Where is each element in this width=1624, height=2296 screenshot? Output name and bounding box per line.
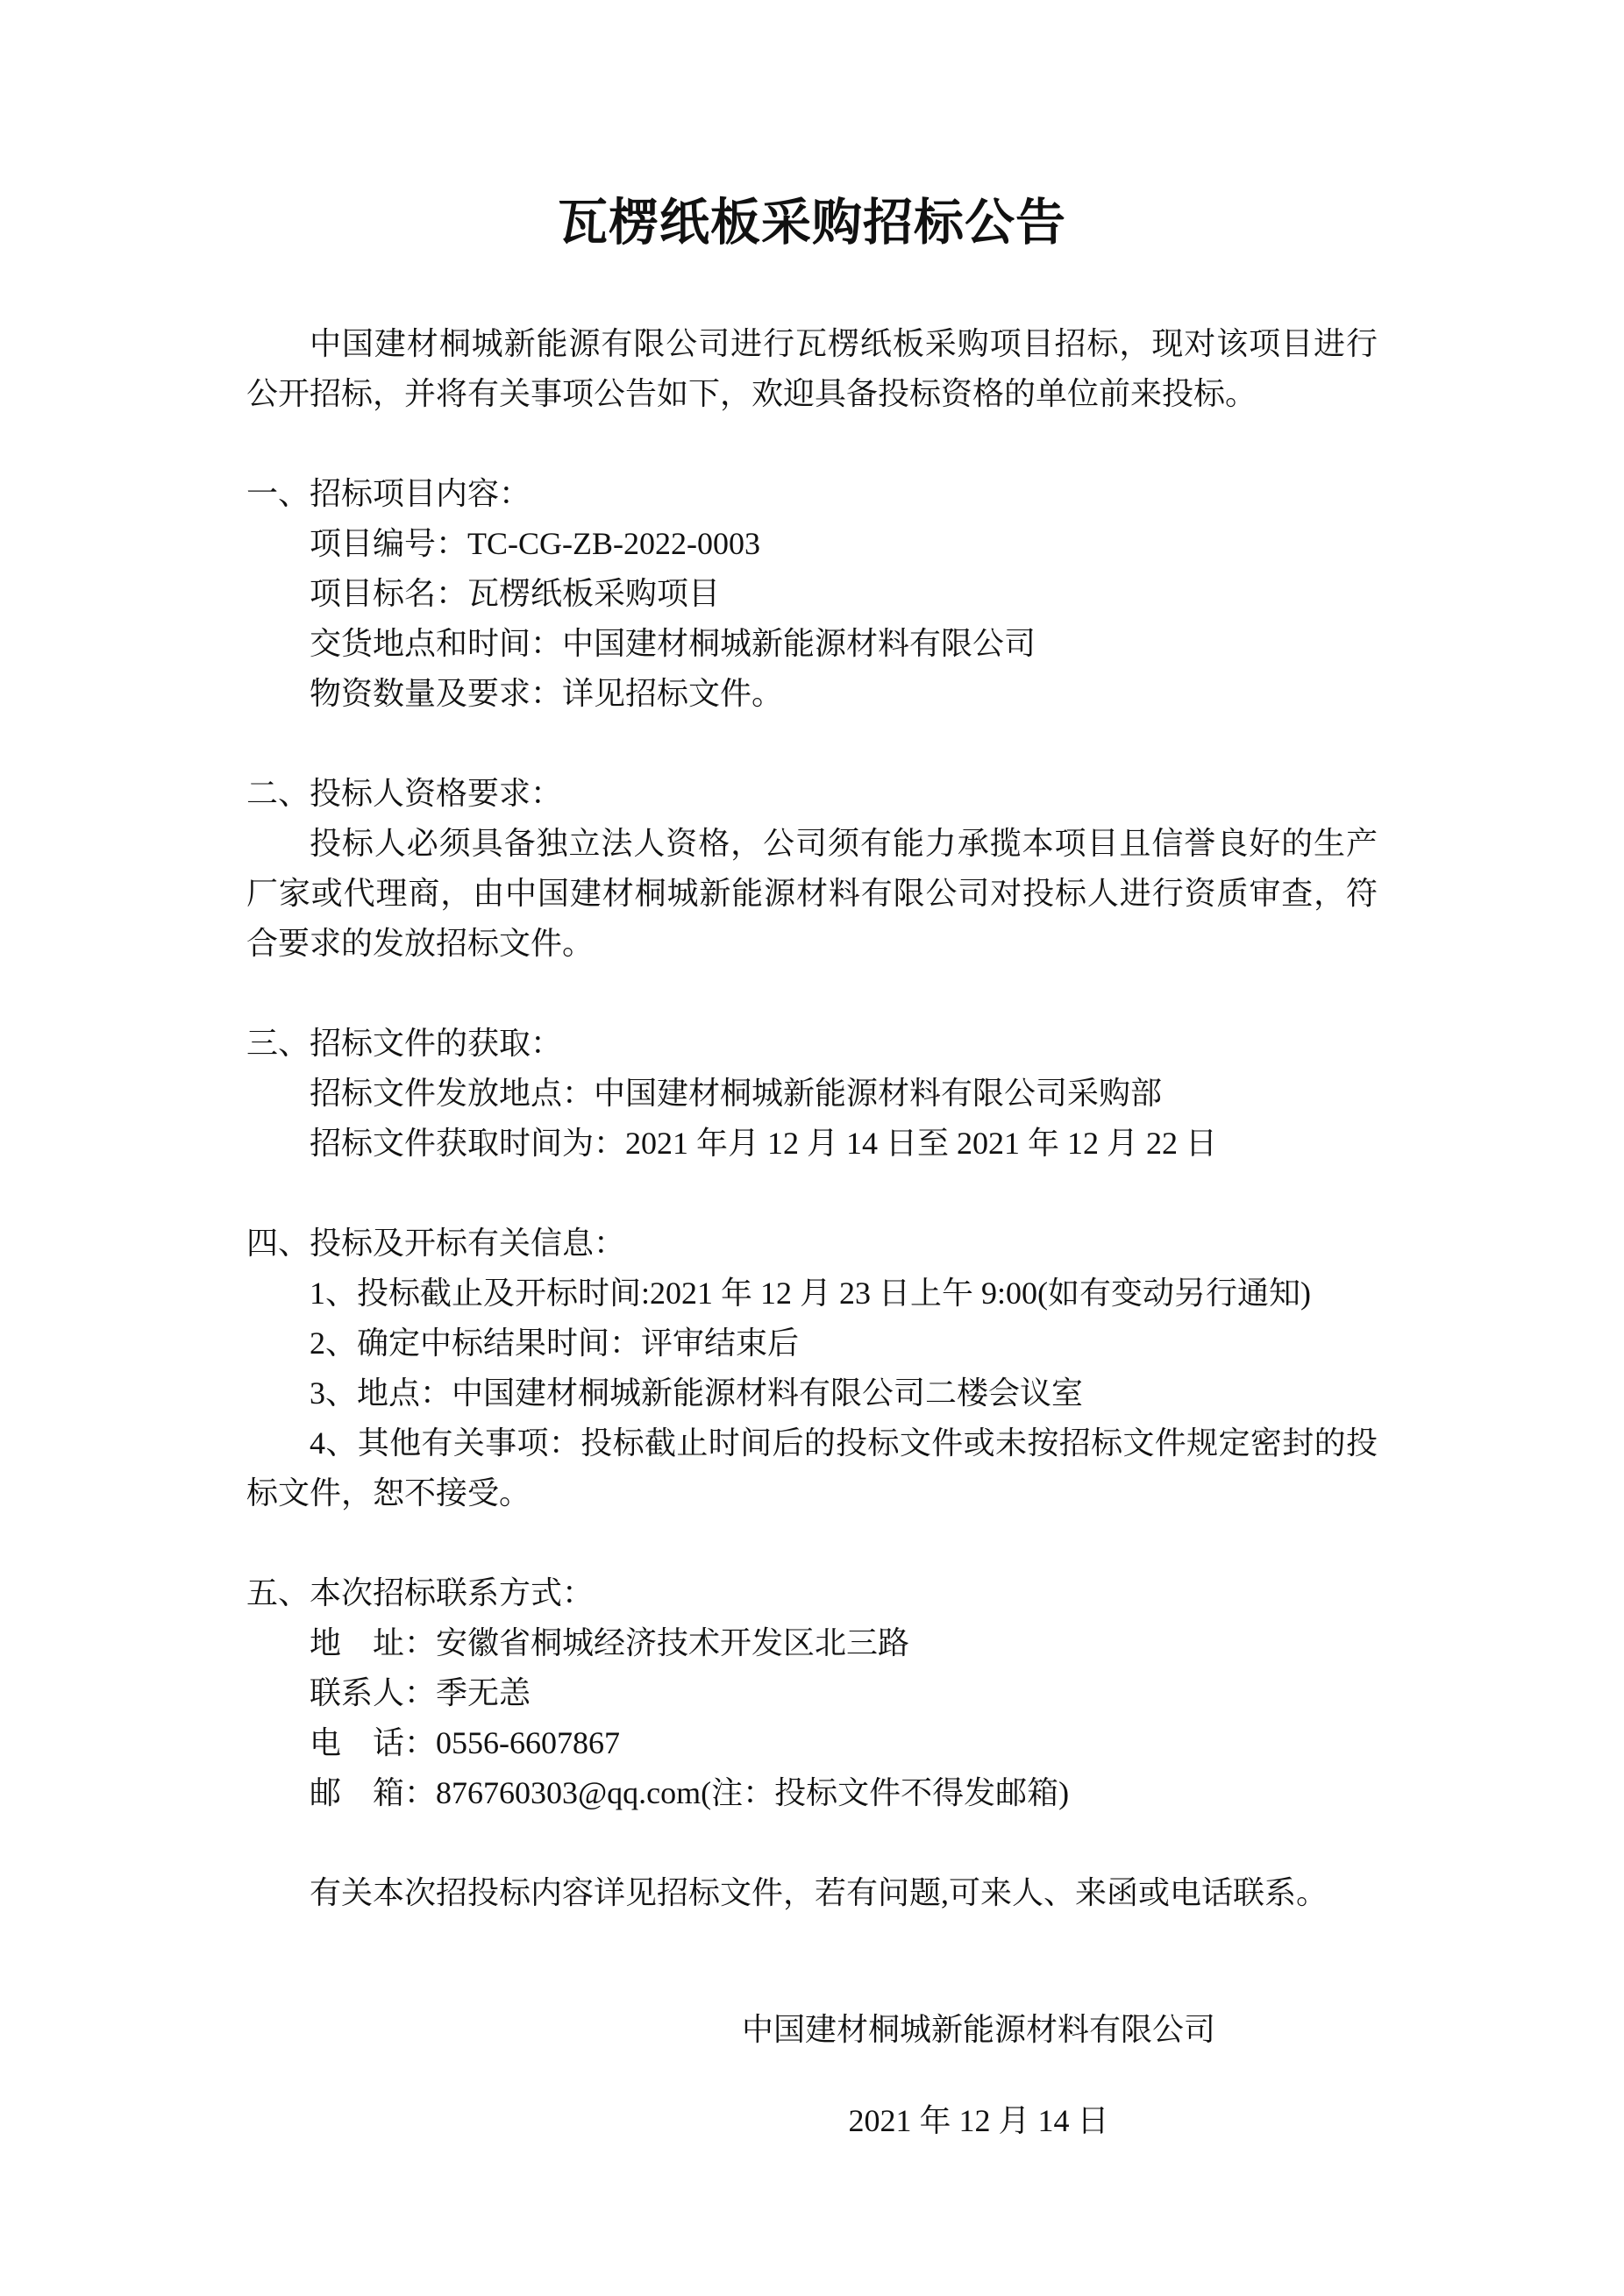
project-number-line: 项目编号：TC-CG-ZB-2022-0003 (246, 519, 1378, 569)
section-heading: 二、投标人资格要求： (246, 769, 1378, 819)
other-matters-paragraph: 4、其他有关事项：投标截止时间后的投标文件或未按招标文件规定密封的投标文件，恕不… (246, 1418, 1378, 1518)
signature-block: 中国建材桐城新能源材料有限公司 2021 年 12 月 14 日 (672, 1984, 1286, 2166)
contact-person-line: 联系人：季无恙 (246, 1668, 1378, 1718)
section-bid-opening-info: 四、投标及开标有关信息： 1、投标截止及开标时间:2021 年 12 月 23 … (246, 1219, 1378, 1518)
quantity-requirement-line: 物资数量及要求：详见招标文件。 (246, 669, 1378, 719)
document-page: 瓦楞纸板采购招标公告 中国建材桐城新能源有限公司进行瓦楞纸板采购项目招标，现对该… (0, 0, 1624, 2296)
opening-place-line: 3、地点：中国建材桐城新能源材料有限公司二楼会议室 (246, 1368, 1378, 1418)
phone-line: 电 话：0556-6607867 (246, 1718, 1378, 1768)
section-heading: 三、招标文件的获取： (246, 1019, 1378, 1069)
document-title: 瓦楞纸板采购招标公告 (246, 195, 1378, 252)
project-name-line: 项目标名：瓦楞纸板采购项目 (246, 569, 1378, 619)
bid-deadline-line: 1、投标截止及开标时间:2021 年 12 月 23 日上午 9:00(如有变动… (246, 1269, 1378, 1319)
signature-date: 2021 年 12 月 14 日 (672, 2075, 1286, 2166)
qualification-paragraph: 投标人必须具备独立法人资格，公司须有能力承揽本项目且信誉良好的生产厂家或代理商，… (246, 819, 1378, 969)
result-time-line: 2、确定中标结果时间：评审结束后 (246, 1319, 1378, 1368)
closing-paragraph: 有关本次招投标内容详见招标文件，若有问题,可来人、来函或电话联系。 (246, 1868, 1378, 1918)
document-issue-place-line: 招标文件发放地点：中国建材桐城新能源材料有限公司采购部 (246, 1069, 1378, 1119)
section-heading: 一、招标项目内容： (246, 469, 1378, 519)
section-contact-info: 五、本次招标联系方式： 地 址：安徽省桐城经济技术开发区北三路 联系人：季无恙 … (246, 1568, 1378, 1818)
delivery-place-line: 交货地点和时间：中国建材桐城新能源材料有限公司 (246, 619, 1378, 669)
section-document-acquisition: 三、招标文件的获取： 招标文件发放地点：中国建材桐城新能源材料有限公司采购部 招… (246, 1019, 1378, 1169)
section-heading: 五、本次招标联系方式： (246, 1568, 1378, 1618)
signature-company: 中国建材桐城新能源材料有限公司 (672, 1984, 1286, 2075)
email-line: 邮 箱：876760303@qq.com(注：投标文件不得发邮箱) (246, 1768, 1378, 1818)
section-tender-content: 一、招标项目内容： 项目编号：TC-CG-ZB-2022-0003 项目标名：瓦… (246, 469, 1378, 719)
document-acquire-time-line: 招标文件获取时间为：2021 年月 12 月 14 日至 2021 年 12 月… (246, 1119, 1378, 1169)
intro-paragraph: 中国建材桐城新能源有限公司进行瓦楞纸板采购项目招标，现对该项目进行公开招标，并将… (246, 319, 1378, 419)
address-line: 地 址：安徽省桐城经济技术开发区北三路 (246, 1618, 1378, 1668)
section-bidder-qualification: 二、投标人资格要求： 投标人必须具备独立法人资格，公司须有能力承揽本项目且信誉良… (246, 769, 1378, 969)
section-heading: 四、投标及开标有关信息： (246, 1219, 1378, 1269)
